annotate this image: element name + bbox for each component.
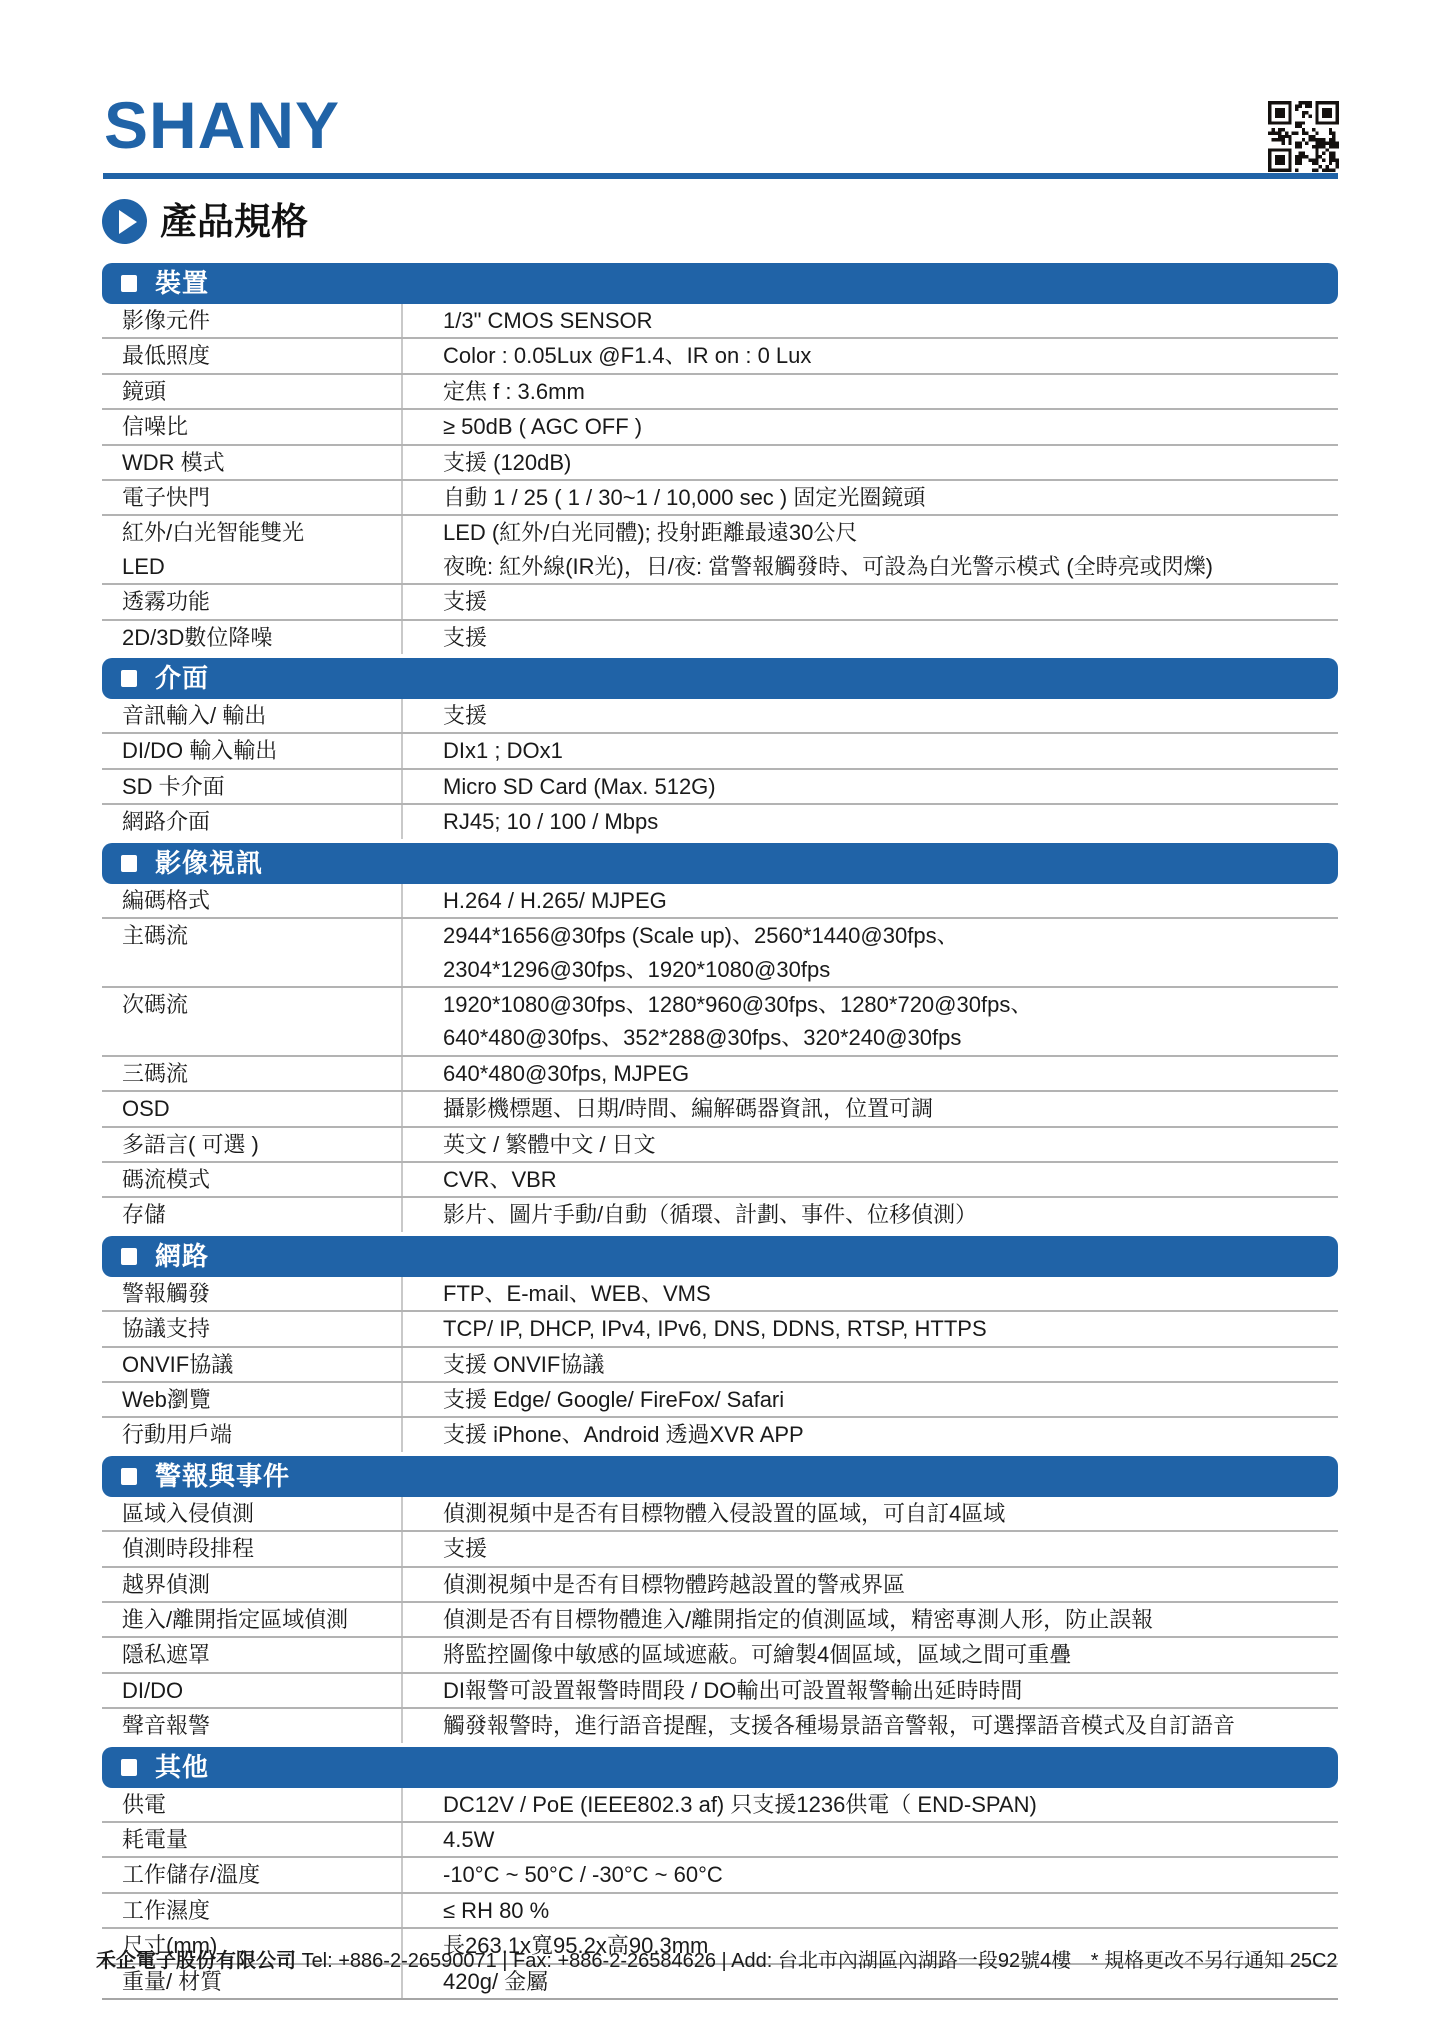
- square-bullet-icon: [121, 1759, 137, 1776]
- spec-label: 網路介面: [102, 805, 403, 838]
- square-bullet-icon: [121, 1468, 137, 1485]
- spec-label: 電子快門: [102, 481, 403, 514]
- spec-value-line: 支援 Edge/ Google/ FireFox/ Safari: [443, 1383, 1330, 1416]
- spec-row: OSD攝影機標題、日期/時間、編解碼器資訊，位置可調: [102, 1090, 1338, 1125]
- spec-row: 聲音報警觸發報警時，進行語音提醒，支援各種場景語音警報，可選擇語音模式及自訂語音: [102, 1707, 1338, 1742]
- spec-value-line: 觸發報警時，進行語音提醒，支援各種場景語音警報，可選擇語音模式及自訂語音: [443, 1709, 1330, 1742]
- spec-value: Color : 0.05Lux @F1.4、IR on : 0 Lux: [403, 339, 1338, 372]
- spec-row: 編碼格式H.264 / H.265/ MJPEG: [102, 884, 1338, 917]
- spec-label: 耗電量: [102, 1823, 403, 1856]
- spec-label-line: 供電: [122, 1788, 393, 1821]
- footer-note: * 規格更改不另行通知 25C2: [1091, 1950, 1338, 1972]
- spec-value: 支援 Edge/ Google/ FireFox/ Safari: [403, 1383, 1338, 1416]
- spec-value-line: ≥ 50dB ( AGC OFF ): [443, 410, 1330, 443]
- spec-value-line: 支援: [443, 585, 1330, 618]
- spec-label-line: 透霧功能: [122, 585, 393, 618]
- spec-label-line: 編碼格式: [122, 884, 393, 917]
- spec-value-line: -10°C ~ 50°C / -30°C ~ 60°C: [443, 1858, 1330, 1891]
- spec-row: 越界偵測偵測視頻中是否有目標物體跨越設置的警戒界區: [102, 1566, 1338, 1601]
- spec-label-line: 越界偵測: [122, 1568, 393, 1601]
- square-bullet-icon: [121, 855, 137, 872]
- spec-row: 警報觸發FTP、E-mail、WEB、VMS: [102, 1277, 1338, 1310]
- spec-label-line: 區域入侵偵測: [122, 1497, 393, 1530]
- spec-label: ONVIF協議: [102, 1348, 403, 1381]
- spec-value: ≤ RH 80 %: [403, 1894, 1338, 1927]
- spec-value: 支援 iPhone、Android 透過XVR APP: [403, 1418, 1338, 1451]
- spec-row: ONVIF協議支援 ONVIF協議: [102, 1346, 1338, 1381]
- spec-value: 英文 / 繁體中文 / 日文: [403, 1128, 1338, 1161]
- section-title: 網路: [155, 1236, 209, 1277]
- spec-row: WDR 模式支援 (120dB): [102, 444, 1338, 479]
- spec-label-line: 影像元件: [122, 304, 393, 337]
- spec-label-line: DI/DO 輸入輸出: [122, 734, 393, 767]
- section-rows: 警報觸發FTP、E-mail、WEB、VMS協議支持TCP/ IP, DHCP,…: [102, 1277, 1338, 1452]
- spec-value-line: LED (紅外/白光同體); 投射距離最遠30公尺: [443, 516, 1330, 549]
- spec-label: 行動用戶端: [102, 1418, 403, 1451]
- spec-label: DI/DO: [102, 1674, 403, 1707]
- spec-row: 信噪比≥ 50dB ( AGC OFF ): [102, 408, 1338, 443]
- spec-value-line: Color : 0.05Lux @F1.4、IR on : 0 Lux: [443, 339, 1330, 372]
- spec-label-line: 行動用戶端: [122, 1418, 393, 1451]
- spec-value-line: 夜晚: 紅外線(IR光)，日/夜: 當警報觸發時、可設為白光警示模式 (全時亮或…: [443, 550, 1330, 583]
- spec-label-line: 協議支持: [122, 1312, 393, 1345]
- spec-value: 1920*1080@30fps、1280*960@30fps、1280*720@…: [403, 988, 1338, 1055]
- spec-label: 最低照度: [102, 339, 403, 372]
- spec-section: 影像視訊編碼格式H.264 / H.265/ MJPEG主碼流2944*1656…: [102, 843, 1338, 1232]
- spec-value: 支援: [403, 621, 1338, 654]
- spec-label-line: Web瀏覽: [122, 1383, 393, 1416]
- spec-value: -10°C ~ 50°C / -30°C ~ 60°C: [403, 1858, 1338, 1891]
- spec-label-line: DI/DO: [122, 1674, 393, 1707]
- section-title: 裝置: [155, 263, 209, 304]
- spec-label: Web瀏覽: [102, 1383, 403, 1416]
- spec-row: 主碼流2944*1656@30fps (Scale up)、2560*1440@…: [102, 917, 1338, 986]
- spec-value-line: 偵測是否有目標物體進入/離開指定的偵測區域，精密專測人形，防止誤報: [443, 1603, 1330, 1636]
- section-header-bar: 裝置: [102, 263, 1338, 304]
- square-bullet-icon: [121, 1248, 137, 1265]
- section-rows: 音訊輸入/ 輸出支援DI/DO 輸入輸出DIx1 ; DOx1SD 卡介面Mic…: [102, 699, 1338, 839]
- square-bullet-icon: [121, 275, 137, 292]
- spec-value-line: FTP、E-mail、WEB、VMS: [443, 1277, 1330, 1310]
- spec-label: 工作濕度: [102, 1894, 403, 1927]
- spec-value: 觸發報警時，進行語音提醒，支援各種場景語音警報，可選擇語音模式及自訂語音: [403, 1709, 1338, 1742]
- spec-label: OSD: [102, 1092, 403, 1125]
- spec-label: 音訊輸入/ 輸出: [102, 699, 403, 732]
- spec-value-line: DC12V / PoE (IEEE802.3 af) 只支援1236供電（ EN…: [443, 1788, 1330, 1821]
- spec-value-line: 英文 / 繁體中文 / 日文: [443, 1128, 1330, 1161]
- spec-label: 主碼流: [102, 919, 403, 986]
- spec-value-line: 定焦 f : 3.6mm: [443, 375, 1330, 408]
- spec-value-line: 支援 (120dB): [443, 446, 1330, 479]
- spec-value: DC12V / PoE (IEEE802.3 af) 只支援1236供電（ EN…: [403, 1788, 1338, 1821]
- spec-value: 偵測是否有目標物體進入/離開指定的偵測區域，精密專測人形，防止誤報: [403, 1603, 1338, 1636]
- spec-row: 區域入侵偵測偵測視頻中是否有目標物體入侵設置的區域，可自訂4區域: [102, 1497, 1338, 1530]
- spec-label-line: 偵測時段排程: [122, 1532, 393, 1565]
- section-rows: 區域入侵偵測偵測視頻中是否有目標物體入侵設置的區域，可自訂4區域偵測時段排程支援…: [102, 1497, 1338, 1743]
- spec-value-line: H.264 / H.265/ MJPEG: [443, 884, 1330, 917]
- section-rows: 編碼格式H.264 / H.265/ MJPEG主碼流2944*1656@30f…: [102, 884, 1338, 1232]
- spec-table: 裝置影像元件1/3" CMOS SENSOR最低照度Color : 0.05Lu…: [102, 263, 1338, 2004]
- spec-row: 供電DC12V / PoE (IEEE802.3 af) 只支援1236供電（ …: [102, 1788, 1338, 1821]
- spec-row: 存儲影片、圖片手動/自動（循環、計劃、事件、位移偵測）: [102, 1196, 1338, 1231]
- spec-value: 支援: [403, 1532, 1338, 1565]
- spec-label: 多語言( 可選 ): [102, 1128, 403, 1161]
- spec-value: FTP、E-mail、WEB、VMS: [403, 1277, 1338, 1310]
- page-title-row: 產品規格: [102, 199, 308, 244]
- spec-row: SD 卡介面Micro SD Card (Max. 512G): [102, 768, 1338, 803]
- spec-value: 支援 (120dB): [403, 446, 1338, 479]
- spec-value-line: 偵測視頻中是否有目標物體跨越設置的警戒界區: [443, 1568, 1330, 1601]
- spec-label: 工作儲存/溫度: [102, 1858, 403, 1891]
- spec-label: 2D/3D數位降噪: [102, 621, 403, 654]
- spec-row: 隱私遮罩將監控圖像中敏感的區域遮蔽。可繪製4個區域，區域之間可重疊: [102, 1636, 1338, 1671]
- spec-section: 介面音訊輸入/ 輸出支援DI/DO 輸入輸出DIx1 ; DOx1SD 卡介面M…: [102, 658, 1338, 839]
- spec-value: 支援 ONVIF協議: [403, 1348, 1338, 1381]
- spec-row: Web瀏覽支援 Edge/ Google/ FireFox/ Safari: [102, 1381, 1338, 1416]
- spec-label-line: WDR 模式: [122, 446, 393, 479]
- spec-value-line: 2944*1656@30fps (Scale up)、2560*1440@30f…: [443, 919, 1330, 952]
- section-header-bar: 其他: [102, 1747, 1338, 1788]
- spec-value: ≥ 50dB ( AGC OFF ): [403, 410, 1338, 443]
- spec-value-line: 將監控圖像中敏感的區域遮蔽。可繪製4個區域，區域之間可重疊: [443, 1638, 1330, 1671]
- spec-row: 耗電量4.5W: [102, 1821, 1338, 1856]
- spec-value-line: 1/3" CMOS SENSOR: [443, 304, 1330, 337]
- spec-value-line: 支援 iPhone、Android 透過XVR APP: [443, 1418, 1330, 1451]
- spec-label: SD 卡介面: [102, 770, 403, 803]
- spec-value-line: RJ45; 10 / 100 / Mbps: [443, 805, 1330, 838]
- spec-value-line: 4.5W: [443, 1823, 1330, 1856]
- section-title: 影像視訊: [155, 843, 263, 884]
- spec-section: 警報與事件區域入侵偵測偵測視頻中是否有目標物體入侵設置的區域，可自訂4區域偵測時…: [102, 1456, 1338, 1743]
- spec-label-line: 進入/離開指定區域偵測: [122, 1603, 393, 1636]
- spec-value: 支援: [403, 699, 1338, 732]
- spec-label: 聲音報警: [102, 1709, 403, 1742]
- spec-row: DI/DO 輸入輸出DIx1 ; DOx1: [102, 732, 1338, 767]
- spec-label: 紅外/白光智能雙光LED: [102, 516, 403, 583]
- section-header-bar: 警報與事件: [102, 1456, 1338, 1497]
- spec-row: 偵測時段排程支援: [102, 1530, 1338, 1565]
- spec-label-line: 音訊輸入/ 輸出: [122, 699, 393, 732]
- spec-row: 2D/3D數位降噪支援: [102, 619, 1338, 654]
- spec-label-line: 工作濕度: [122, 1894, 393, 1927]
- spec-label: 信噪比: [102, 410, 403, 443]
- spec-label-line: 網路介面: [122, 805, 393, 838]
- spec-label: 警報觸發: [102, 1277, 403, 1310]
- spec-section: 網路警報觸發FTP、E-mail、WEB、VMS協議支持TCP/ IP, DHC…: [102, 1236, 1338, 1452]
- spec-value-line: 1920*1080@30fps、1280*960@30fps、1280*720@…: [443, 988, 1330, 1021]
- spec-label: 進入/離開指定區域偵測: [102, 1603, 403, 1636]
- spec-label-line: 電子快門: [122, 481, 393, 514]
- spec-value-line: DIx1 ; DOx1: [443, 734, 1330, 767]
- spec-label-line: 2D/3D數位降噪: [122, 621, 393, 654]
- qr-code: [1268, 101, 1339, 172]
- spec-label-line: 最低照度: [122, 339, 393, 372]
- footer-company-name: 禾企電子股份有限公司: [96, 1950, 296, 1972]
- spec-row: DI/DODI報警可設置報警時間段 / DO輸出可設置報警輸出延時時間: [102, 1672, 1338, 1707]
- section-title: 警報與事件: [155, 1456, 290, 1497]
- spec-value-line: 支援: [443, 699, 1330, 732]
- spec-label: 鏡頭: [102, 375, 403, 408]
- spec-row: 進入/離開指定區域偵測偵測是否有目標物體進入/離開指定的偵測區域，精密專測人形，…: [102, 1601, 1338, 1636]
- spec-value: 2944*1656@30fps (Scale up)、2560*1440@30f…: [403, 919, 1338, 986]
- spec-value-line: 影片、圖片手動/自動（循環、計劃、事件、位移偵測）: [443, 1198, 1330, 1231]
- spec-value: TCP/ IP, DHCP, IPv4, IPv6, DNS, DDNS, RT…: [403, 1312, 1338, 1345]
- spec-value: 攝影機標題、日期/時間、編解碼器資訊，位置可調: [403, 1092, 1338, 1125]
- spec-row: 最低照度Color : 0.05Lux @F1.4、IR on : 0 Lux: [102, 337, 1338, 372]
- spec-label: 三碼流: [102, 1057, 403, 1090]
- spec-value-line: 2304*1296@30fps、1920*1080@30fps: [443, 953, 1330, 986]
- spec-value-line: 640*480@30fps, MJPEG: [443, 1057, 1330, 1090]
- spec-label-line: LED: [122, 550, 393, 583]
- spec-label-line: 主碼流: [122, 919, 393, 952]
- spec-value: 偵測視頻中是否有目標物體跨越設置的警戒界區: [403, 1568, 1338, 1601]
- spec-label: 協議支持: [102, 1312, 403, 1345]
- spec-row: 透霧功能支援: [102, 583, 1338, 618]
- section-rows: 影像元件1/3" CMOS SENSOR最低照度Color : 0.05Lux …: [102, 304, 1338, 654]
- header-divider: [103, 173, 1338, 179]
- spec-label-line: 紅外/白光智能雙光: [122, 516, 393, 549]
- spec-label: DI/DO 輸入輸出: [102, 734, 403, 767]
- spec-value: Micro SD Card (Max. 512G): [403, 770, 1338, 803]
- spec-label-line: 鏡頭: [122, 375, 393, 408]
- footer: 禾企電子股份有限公司 Tel: +886-2-26590071 | Fax: +…: [96, 1948, 1396, 1974]
- spec-value: 支援: [403, 585, 1338, 618]
- page-title: 產品規格: [160, 199, 308, 244]
- spec-label-line: 次碼流: [122, 988, 393, 1021]
- spec-label-line: 耗電量: [122, 1823, 393, 1856]
- spec-value-line: CVR、VBR: [443, 1163, 1330, 1196]
- spec-value: H.264 / H.265/ MJPEG: [403, 884, 1338, 917]
- spec-value: DI報警可設置報警時間段 / DO輸出可設置報警輸出延時時間: [403, 1674, 1338, 1707]
- spec-value: CVR、VBR: [403, 1163, 1338, 1196]
- spec-label: 隱私遮罩: [102, 1638, 403, 1671]
- spec-row: 三碼流640*480@30fps, MJPEG: [102, 1055, 1338, 1090]
- spec-label-line: 多語言( 可選 ): [122, 1128, 393, 1161]
- spec-label: WDR 模式: [102, 446, 403, 479]
- spec-value: 將監控圖像中敏感的區域遮蔽。可繪製4個區域，區域之間可重疊: [403, 1638, 1338, 1671]
- spec-value: RJ45; 10 / 100 / Mbps: [403, 805, 1338, 838]
- spec-label: 偵測時段排程: [102, 1532, 403, 1565]
- spec-value: DIx1 ; DOx1: [403, 734, 1338, 767]
- spec-label-line: ONVIF協議: [122, 1348, 393, 1381]
- spec-value: 4.5W: [403, 1823, 1338, 1856]
- spec-label-line: 碼流模式: [122, 1163, 393, 1196]
- spec-value: 影片、圖片手動/自動（循環、計劃、事件、位移偵測）: [403, 1198, 1338, 1231]
- spec-label-line: 聲音報警: [122, 1709, 393, 1742]
- spec-label-line: 三碼流: [122, 1057, 393, 1090]
- spec-label-line: 工作儲存/溫度: [122, 1858, 393, 1891]
- section-title: 介面: [155, 658, 209, 699]
- square-bullet-icon: [121, 670, 137, 687]
- spec-value-line: 支援 ONVIF協議: [443, 1348, 1330, 1381]
- spec-value-line: TCP/ IP, DHCP, IPv4, IPv6, DNS, DDNS, RT…: [443, 1312, 1330, 1345]
- spec-value-line: 攝影機標題、日期/時間、編解碼器資訊，位置可調: [443, 1092, 1330, 1125]
- spec-label: 編碼格式: [102, 884, 403, 917]
- spec-value-line: 偵測視頻中是否有目標物體入侵設置的區域，可自訂4區域: [443, 1497, 1330, 1530]
- spec-value: 1/3" CMOS SENSOR: [403, 304, 1338, 337]
- spec-row: 鏡頭定焦 f : 3.6mm: [102, 373, 1338, 408]
- spec-row: 碼流模式CVR、VBR: [102, 1161, 1338, 1196]
- spec-sheet-page: SHANY 產品規格 裝置影像元件1/3" CMOS SENSOR最低照度Col…: [0, 0, 1440, 2038]
- spec-label-line: SD 卡介面: [122, 770, 393, 803]
- play-icon: [102, 199, 147, 244]
- spec-row: 電子快門自動 1 / 25 ( 1 / 30~1 / 10,000 sec ) …: [102, 479, 1338, 514]
- spec-label-line: OSD: [122, 1092, 393, 1125]
- spec-section: 裝置影像元件1/3" CMOS SENSOR最低照度Color : 0.05Lu…: [102, 263, 1338, 654]
- spec-label: 越界偵測: [102, 1568, 403, 1601]
- spec-label: 碼流模式: [102, 1163, 403, 1196]
- spec-value: LED (紅外/白光同體); 投射距離最遠30公尺夜晚: 紅外線(IR光)，日/…: [403, 516, 1338, 583]
- section-header-bar: 介面: [102, 658, 1338, 699]
- spec-row: 次碼流1920*1080@30fps、1280*960@30fps、1280*7…: [102, 986, 1338, 1055]
- brand-logo: SHANY: [104, 92, 340, 158]
- spec-label: 供電: [102, 1788, 403, 1821]
- spec-row: 影像元件1/3" CMOS SENSOR: [102, 304, 1338, 337]
- spec-row: 網路介面RJ45; 10 / 100 / Mbps: [102, 803, 1338, 838]
- spec-label: 透霧功能: [102, 585, 403, 618]
- spec-value-line: 640*480@30fps、352*288@30fps、320*240@30fp…: [443, 1021, 1330, 1054]
- section-header-bar: 網路: [102, 1236, 1338, 1277]
- spec-label-line: 存儲: [122, 1198, 393, 1231]
- spec-label-line: 隱私遮罩: [122, 1638, 393, 1671]
- spec-label-line: 警報觸發: [122, 1277, 393, 1310]
- footer-contact-info: Tel: +886-2-26590071 | Fax: +886-2-26584…: [302, 1950, 1072, 1972]
- spec-row: 工作儲存/溫度-10°C ~ 50°C / -30°C ~ 60°C: [102, 1856, 1338, 1891]
- spec-value: 定焦 f : 3.6mm: [403, 375, 1338, 408]
- spec-label: 存儲: [102, 1198, 403, 1231]
- spec-value-line: Micro SD Card (Max. 512G): [443, 770, 1330, 803]
- spec-value-line: DI報警可設置報警時間段 / DO輸出可設置報警輸出延時時間: [443, 1674, 1330, 1707]
- spec-row: 紅外/白光智能雙光LEDLED (紅外/白光同體); 投射距離最遠30公尺夜晚:…: [102, 514, 1338, 583]
- spec-value-line: 自動 1 / 25 ( 1 / 30~1 / 10,000 sec ) 固定光圈…: [443, 481, 1330, 514]
- spec-value: 640*480@30fps, MJPEG: [403, 1057, 1338, 1090]
- spec-row: 協議支持TCP/ IP, DHCP, IPv4, IPv6, DNS, DDNS…: [102, 1310, 1338, 1345]
- spec-label-line: 信噪比: [122, 410, 393, 443]
- spec-value: 偵測視頻中是否有目標物體入侵設置的區域，可自訂4區域: [403, 1497, 1338, 1530]
- spec-value: 自動 1 / 25 ( 1 / 30~1 / 10,000 sec ) 固定光圈…: [403, 481, 1338, 514]
- spec-value-line: 支援: [443, 1532, 1330, 1565]
- spec-value-line: 支援: [443, 621, 1330, 654]
- spec-row: 音訊輸入/ 輸出支援: [102, 699, 1338, 732]
- spec-row: 工作濕度≤ RH 80 %: [102, 1892, 1338, 1927]
- spec-value-line: ≤ RH 80 %: [443, 1894, 1330, 1927]
- spec-label: 次碼流: [102, 988, 403, 1055]
- spec-label: 區域入侵偵測: [102, 1497, 403, 1530]
- spec-row: 行動用戶端支援 iPhone、Android 透過XVR APP: [102, 1416, 1338, 1451]
- section-header-bar: 影像視訊: [102, 843, 1338, 884]
- spec-row: 多語言( 可選 )英文 / 繁體中文 / 日文: [102, 1126, 1338, 1161]
- spec-label: 影像元件: [102, 304, 403, 337]
- section-title: 其他: [155, 1747, 209, 1788]
